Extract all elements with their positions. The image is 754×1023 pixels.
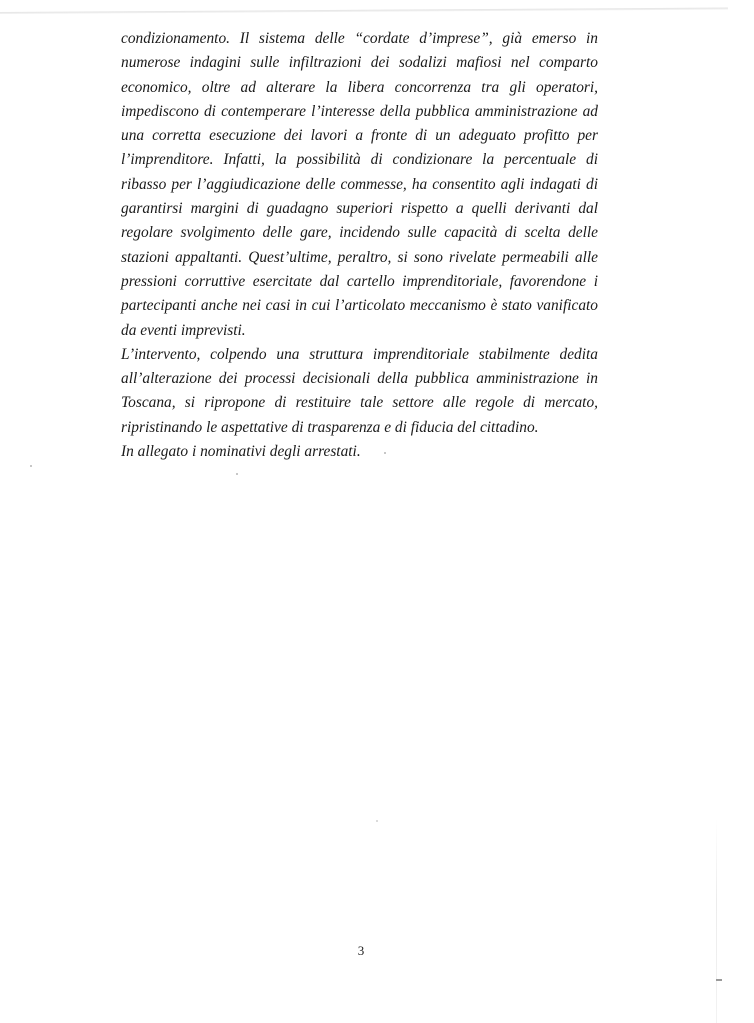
document-body: condizionamento. Il sistema delle “corda… (121, 27, 598, 464)
scan-right-edge (716, 0, 717, 1023)
paragraph-condizionamento: condizionamento. Il sistema delle “corda… (121, 27, 598, 343)
scan-speck (376, 820, 378, 822)
paragraph-intervento: L’intervento, colpendo una struttura imp… (121, 343, 598, 440)
scan-top-edge (0, 8, 728, 14)
paragraph-allegato: In allegato i nominativi degli arrestati… (121, 440, 598, 464)
scan-speck (236, 473, 238, 475)
scan-speck (384, 452, 386, 454)
scan-edge-mark (716, 979, 722, 981)
scan-speck (30, 465, 32, 467)
page-number: 3 (355, 943, 367, 959)
